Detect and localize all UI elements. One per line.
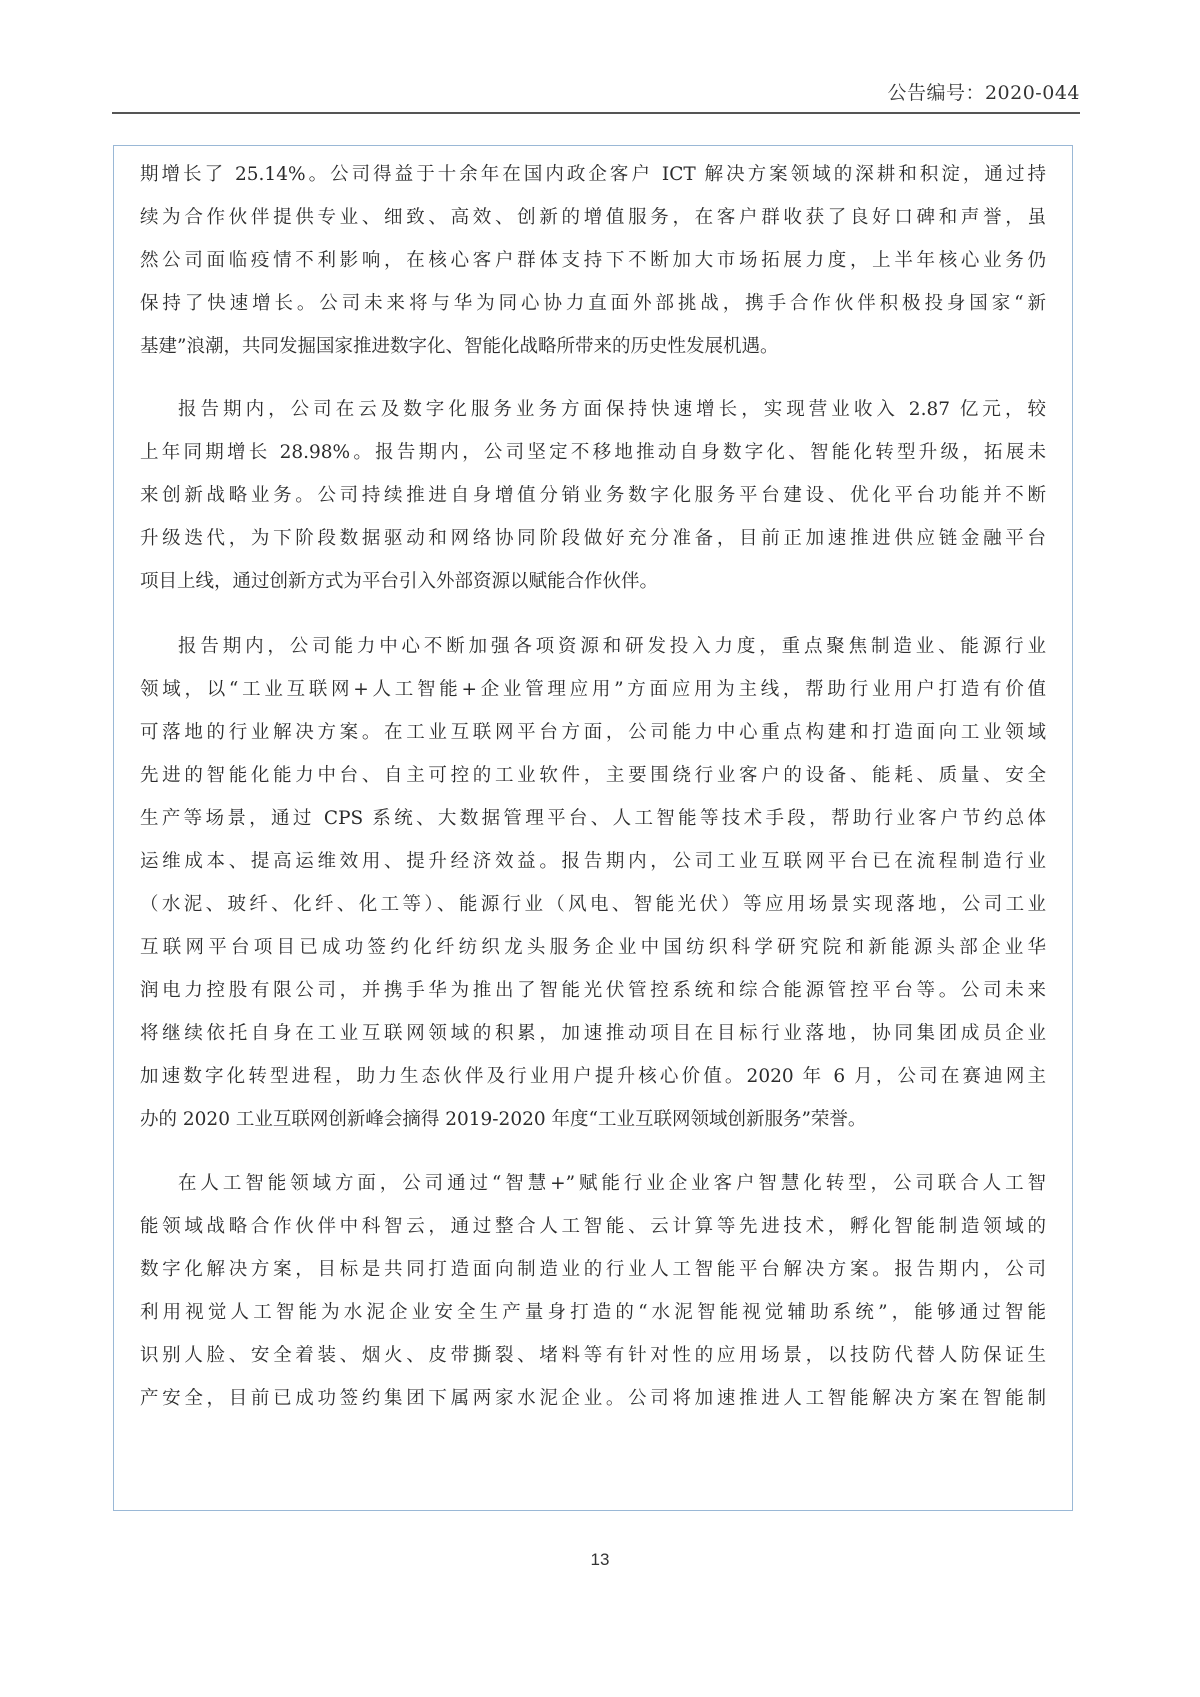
text-line: 期增长了 25.14%。公司得益于十余年在国内政企客户 ICT 解决方案领域的深… [140, 160, 1046, 190]
text-line: 上年同期增长 28.98%。报告期内，公司坚定不移地推动自身数字化、智能化转型升… [140, 438, 1046, 468]
text-line: 加速数字化转型进程，助力生态伙伴及行业用户提升核心价值。2020 年 6 月，公… [140, 1062, 1046, 1092]
text-line: 运维成本、提高运维效用、提升经济效益。报告期内，公司工业互联网平台已在流程制造行… [140, 847, 1046, 877]
text-line: 报告期内，公司能力中心不断加强各项资源和研发投入力度，重点聚焦制造业、能源行业 [178, 632, 1046, 662]
text-line: 升级迭代，为下阶段数据驱动和网络协同阶段做好充分准备，目前正加速推进供应链金融平… [140, 524, 1046, 554]
announcement-number: 公告编号：2020-044 [887, 78, 1080, 105]
text-line: 领域，以“工业互联网+人工智能+企业管理应用”方面应用为主线，帮助行业用户打造有… [140, 675, 1046, 705]
text-line: 识别人脸、安全着装、烟火、皮带撕裂、堵料等有针对性的应用场景，以技防代替人防保证… [140, 1341, 1046, 1371]
text-line: 保持了快速增长。公司未来将与华为同心协力直面外部挑战，携手合作伙伴积极投身国家“… [140, 289, 1046, 319]
text-line: 项目上线，通过创新方式为平台引入外部资源以赋能合作伙伴。 [140, 567, 1046, 597]
text-line: 利用视觉人工智能为水泥企业安全生产量身打造的“水泥智能视觉辅助系统”，能够通过智… [140, 1298, 1046, 1328]
text-line: 能领域战略合作伙伴中科智云，通过整合人工智能、云计算等先进技术，孵化智能制造领域… [140, 1212, 1046, 1242]
text-line: 然公司面临疫情不利影响，在核心客户群体支持下不断加大市场拓展力度，上半年核心业务… [140, 246, 1046, 276]
text-line: 办的 2020 工业互联网创新峰会摘得 2019-2020 年度“工业互联网领域… [140, 1105, 1046, 1135]
text-line: 报告期内，公司在云及数字化服务业务方面保持快速增长，实现营业收入 2.87 亿元… [178, 395, 1046, 425]
text-line: 先进的智能化能力中台、自主可控的工业软件，主要围绕行业客户的设备、能耗、质量、安… [140, 761, 1046, 791]
text-line: 生产等场景，通过 CPS 系统、大数据管理平台、人工智能等技术手段，帮助行业客户… [140, 804, 1046, 834]
text-line: 产安全，目前已成功签约集团下属两家水泥企业。公司将加速推进人工智能解决方案在智能… [140, 1384, 1046, 1414]
text-line: （水泥、玻纤、化纤、化工等）、能源行业（风电、智能光伏）等应用场景实现落地，公司… [140, 890, 1046, 920]
text-line: 续为合作伙伴提供专业、细致、高效、创新的增值服务，在客户群收获了良好口碑和声誉，… [140, 203, 1046, 233]
text-line: 互联网平台项目已成功签约化纤纺织龙头服务企业中国纺织科学研究院和新能源头部企业华 [140, 933, 1046, 963]
text-line: 基建”浪潮，共同发掘国家推进数字化、智能化战略所带来的历史性发展机遇。 [140, 332, 1046, 362]
text-line: 润电力控股有限公司，并携手华为推出了智能光伏管控系统和综合能源管控平台等。公司未… [140, 976, 1046, 1006]
text-line: 将继续依托自身在工业互联网领域的积累，加速推动项目在目标行业落地，协同集团成员企… [140, 1019, 1046, 1049]
text-line: 数字化解决方案，目标是共同打造面向制造业的行业人工智能平台解决方案。报告期内，公… [140, 1255, 1046, 1285]
text-line: 在人工智能领域方面，公司通过“智慧+”赋能行业企业客户智慧化转型，公司联合人工智 [178, 1169, 1046, 1199]
text-line: 可落地的行业解决方案。在工业互联网平台方面，公司能力中心重点构建和打造面向工业领… [140, 718, 1046, 748]
text-line: 来创新战略业务。公司持续推进自身增值分销业务数字化服务平台建设、优化平台功能并不… [140, 481, 1046, 511]
page-number: 13 [0, 1550, 1200, 1570]
header-divider [112, 112, 1080, 114]
